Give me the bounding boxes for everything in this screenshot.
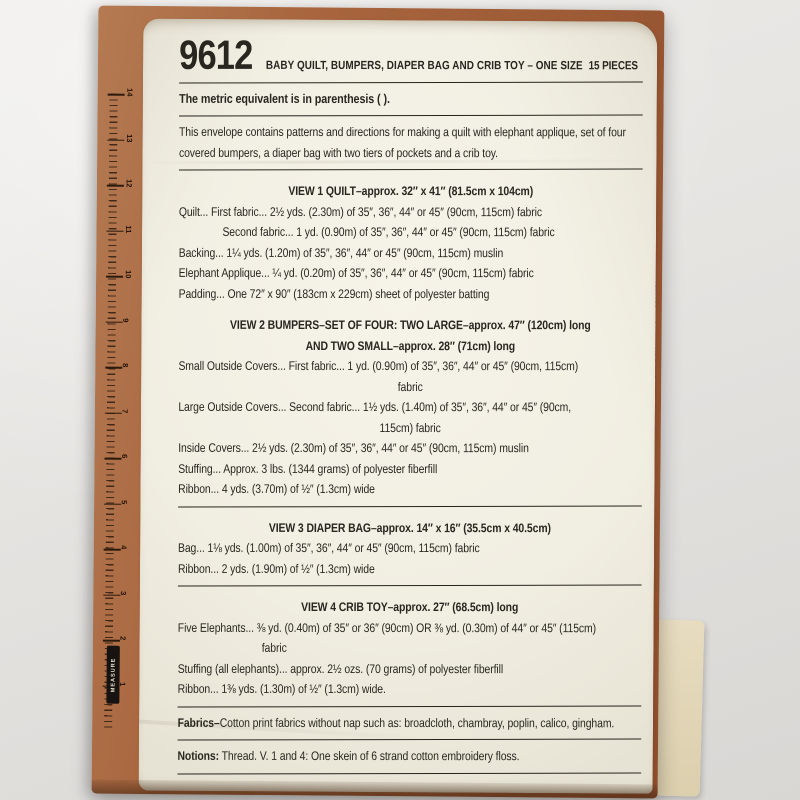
pieces-count: 15 PIECES — [589, 55, 638, 76]
ruler-inch-mark: 4 — [104, 549, 121, 551]
pattern-section: VIEW 4 CRIB TOY–approx. 27″ (68.5cm) lon… — [178, 597, 642, 700]
ruler-number: 3 — [119, 591, 128, 595]
ruler-inch-mark: 14 — [108, 94, 125, 96]
ruler-number: 13 — [125, 134, 134, 142]
pattern-section: VIEW 2 BUMPERS–SET OF FOUR: TWO LARGE–ap… — [178, 315, 642, 500]
ruler-number: 4 — [119, 545, 128, 549]
requirement-line: fabric — [178, 638, 642, 659]
notions-note: Notions: Thread. V. 1 and 4: One skein o… — [177, 746, 641, 767]
header-row: 9612 BABY QUILT, BUMPERS, DIAPER BAG AND… — [179, 37, 643, 76]
ruler-inch-mark: 9 — [106, 321, 123, 323]
ruler-inch-mark: 6 — [104, 458, 121, 460]
divider — [179, 169, 643, 171]
pattern-envelope: 1413121110987654321 MEASURE PRINTED IN U… — [92, 6, 665, 799]
ruler-inch-mark: 5 — [104, 503, 121, 505]
view-sections: VIEW 1 QUILT–approx. 32″ x 41″ (81.5cm x… — [178, 181, 643, 707]
ruler-inch-mark: 13 — [107, 139, 124, 141]
ruler-number: 14 — [125, 88, 134, 96]
requirement-line: Ribbon... 2 yds. (1.90m) of ½″ (1.3cm) w… — [178, 558, 642, 579]
ruler-minor-ticks — [104, 94, 118, 728]
notions-text: Thread. V. 1 and 4: One skein of 6 stran… — [219, 749, 519, 763]
ruler-number: 12 — [125, 179, 134, 187]
requirement-line: Bag... 1⅛ yds. (1.00m) of 35″, 36″, 44″ … — [178, 538, 642, 559]
requirement-line: Large Outside Covers... Second fabric...… — [178, 397, 642, 418]
fabrics-note: Fabrics–Cotton print fabrics without nap… — [178, 712, 642, 733]
requirement-line: 115cm) fabric — [178, 417, 642, 438]
section-heading: AND TWO SMALL–approx. 28″ (71cm) long — [178, 335, 642, 356]
ruler-label-text: MEASURE — [110, 657, 116, 692]
printed-content: 9612 BABY QUILT, BUMPERS, DIAPER BAG AND… — [177, 27, 643, 780]
requirement-line: fabric — [178, 376, 642, 397]
divider — [178, 505, 642, 507]
ruler-inch-mark: 8 — [105, 367, 122, 369]
fabrics-label: Fabrics– — [178, 715, 220, 729]
envelope-description: This envelope contains patterns and dire… — [179, 122, 643, 163]
requirement-line: Ribbon... 4 yds. (3.70m) of ½″ (1.3cm) w… — [178, 479, 642, 500]
ruler-number: 2 — [118, 636, 127, 640]
section-heading: VIEW 4 CRIB TOY–approx. 27″ (68.5cm) lon… — [178, 597, 642, 618]
edge-ruler: 1413121110987654321 MEASURE — [100, 94, 136, 728]
requirement-line: Ribbon... 1⅜ yds. (1.30m) of ½″ (1.3cm) … — [178, 679, 642, 700]
divider — [179, 115, 643, 117]
ruler-number: 11 — [124, 225, 133, 233]
divider — [178, 705, 642, 707]
fabrics-text: Cotton print fabrics without nap such as… — [220, 715, 615, 729]
divider — [178, 585, 642, 587]
divider — [178, 739, 642, 741]
ruler-number: 9 — [121, 318, 130, 322]
requirement-line: Five Elephants... ⅜ yd. (0.40m) of 35″ o… — [178, 617, 642, 638]
instruction-sheet: 9612 BABY QUILT, BUMPERS, DIAPER BAG AND… — [139, 19, 658, 794]
divider — [177, 772, 641, 774]
requirement-line: Stuffing... Approx. 3 lbs. (1344 grams) … — [178, 458, 642, 479]
ruler-inch-mark: 7 — [105, 412, 122, 414]
pattern-number: 9612 — [179, 37, 252, 74]
divider — [179, 81, 643, 83]
section-heading: VIEW 1 QUILT–approx. 32″ x 41″ (81.5cm x… — [179, 181, 643, 202]
ruler-label: MEASURE — [106, 646, 120, 704]
pattern-section: VIEW 3 DIAPER BAG–approx. 14″ x 16″ (35.… — [178, 517, 642, 579]
notions-label: Notions: — [177, 749, 219, 763]
requirement-line: Padding... One 72″ x 90″ (183cm x 229cm)… — [179, 283, 643, 304]
requirement-line: Stuffing (all elephants)... approx. 2½ o… — [178, 658, 642, 679]
requirement-line: Backing... 1¼ yds. (1.20m) of 35″, 36″, … — [179, 242, 643, 263]
ruler-number: 6 — [120, 454, 129, 458]
ruler-number: 5 — [120, 500, 129, 504]
ruler-number: 7 — [120, 409, 129, 413]
ruler-inch-mark: 11 — [106, 230, 123, 232]
requirement-line: Elephant Applique... ¼ yd. (0.20m) of 35… — [179, 263, 643, 284]
ruler-number: 10 — [124, 270, 133, 278]
ruler-inch-mark: 2 — [103, 640, 120, 642]
section-heading: VIEW 2 BUMPERS–SET OF FOUR: TWO LARGE–ap… — [179, 315, 643, 336]
requirement-line: Second fabric... 1 yd. (0.90m) of 35″, 3… — [179, 222, 643, 243]
ruler-inch-mark: 3 — [103, 594, 120, 596]
ruler-inch-mark: 12 — [107, 185, 124, 187]
requirement-line: Inside Covers... 2½ yds. (2.30m) of 35″,… — [178, 438, 642, 459]
pattern-section: VIEW 1 QUILT–approx. 32″ x 41″ (81.5cm x… — [179, 181, 643, 304]
ruler-inch-mark: 10 — [106, 276, 123, 278]
section-heading: VIEW 3 DIAPER BAG–approx. 14″ x 16″ (35.… — [178, 517, 642, 538]
requirement-line: Small Outside Covers... First fabric... … — [178, 356, 642, 377]
ruler-number: 8 — [121, 363, 130, 367]
pattern-title: BABY QUILT, BUMPERS, DIAPER BAG AND CRIB… — [266, 55, 583, 76]
requirement-line: Quilt... First fabric... 2½ yds. (2.30m)… — [179, 201, 643, 222]
metric-note: The metric equivalent is in parenthesis … — [179, 88, 643, 109]
